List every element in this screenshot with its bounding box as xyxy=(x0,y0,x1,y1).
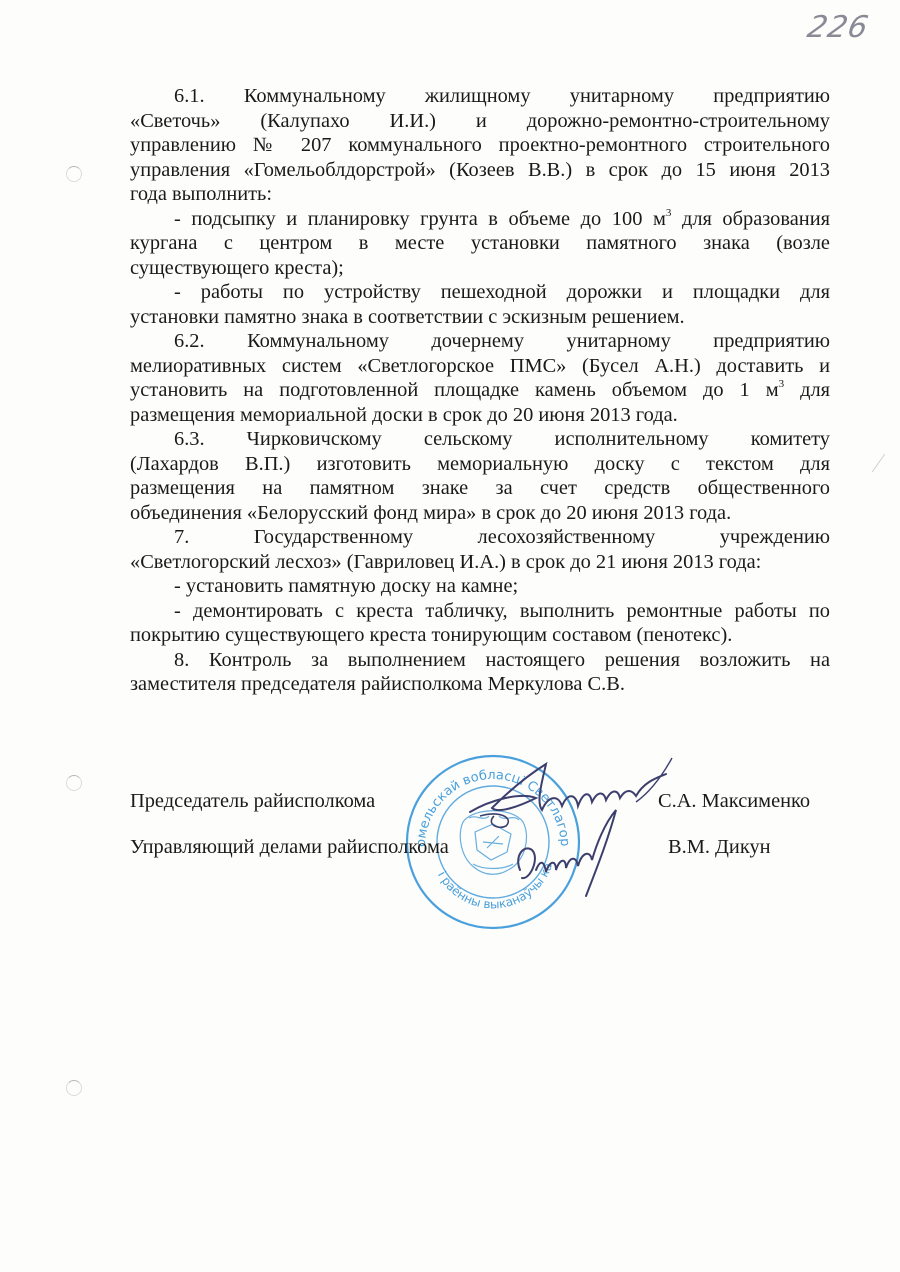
text-line: «Светлогорский лесхоз» (Гавриловец И.А.)… xyxy=(130,550,830,575)
paragraph-7-item-b: - демонтировать с креста табличку, выпол… xyxy=(130,599,830,648)
text-line: мелиоративных систем «Светлогорское ПМС»… xyxy=(130,354,830,379)
text-line: покрытию существующего креста тонирующим… xyxy=(130,623,830,648)
text-line: размещения на памятном знаке за счет сре… xyxy=(130,476,830,501)
text-line: управлению № 207 коммунального проектно-… xyxy=(130,133,830,158)
text-line: - демонтировать с креста табличку, выпол… xyxy=(130,599,830,624)
punch-hole-top xyxy=(66,166,82,182)
signature-row-manager: Управляющий делами райисполкома В.М. Дик… xyxy=(130,836,830,882)
text-line: 7. Государственному лесохозяйственному у… xyxy=(130,525,830,550)
paragraph-6-1-item-a: - подсыпку и планировку грунта в объеме … xyxy=(130,207,830,281)
text-line: 6.3. Чирковичскому сельскому исполнитель… xyxy=(130,427,830,452)
text-fragment: установить на подготовленной площадке ка… xyxy=(130,379,779,401)
text-line: кургана с центром в месте установки памя… xyxy=(130,231,830,256)
paragraph-8: 8. Контроль за выполнением настоящего ре… xyxy=(130,648,830,697)
text-line: года выполнить: xyxy=(130,182,830,207)
punch-hole-bottom xyxy=(66,775,82,791)
text-line: (Лахардов В.П.) изготовить мемориальную … xyxy=(130,452,830,477)
text-line: управления «Гомельоблдорстрой» (Козеев В… xyxy=(130,158,830,183)
text-line: 8. Контроль за выполнением настоящего ре… xyxy=(130,648,830,673)
text-line: установки памятно знака в соответствии с… xyxy=(130,305,830,330)
signature-row-chairman: Председатель райисполкома С.А. Максименк… xyxy=(130,790,830,836)
text-line: существующего креста); xyxy=(130,256,830,281)
paragraph-6-1-item-b: - работы по устройству пешеходной дорожк… xyxy=(130,280,830,329)
paragraph-6-3: 6.3. Чирковичскому сельскому исполнитель… xyxy=(130,427,830,525)
signatory-name: С.А. Максименко xyxy=(658,790,810,813)
signatory-name: В.М. Дикун xyxy=(668,836,771,859)
text-line: установить на подготовленной площадке ка… xyxy=(130,378,830,403)
paragraph-6-2: 6.2. Коммунальному дочернему унитарному … xyxy=(130,329,830,427)
signature-block: Председатель райисполкома С.А. Максименк… xyxy=(130,790,830,882)
text-line: объединения «Белорусский фонд мира» в ср… xyxy=(130,501,830,526)
text-line: - установить памятную доску на камне; xyxy=(130,574,830,599)
text-line: «Светочь» (Калупахо И.И.) и дорожно-ремо… xyxy=(130,109,830,134)
paragraph-7: 7. Государственному лесохозяйственному у… xyxy=(130,525,830,574)
paragraph-7-item-a: - установить памятную доску на камне; xyxy=(130,574,830,599)
margin-pencil-mark xyxy=(872,454,885,473)
signatory-title: Председатель райисполкома xyxy=(130,790,375,813)
text-line: 6.1. Коммунальному жилищному унитарному … xyxy=(130,84,830,109)
text-fragment: для образования xyxy=(671,208,830,230)
text-line: 6.2. Коммунальному дочернему унитарному … xyxy=(130,329,830,354)
text-line: - подсыпку и планировку грунта в объеме … xyxy=(130,207,830,232)
text-line: размещения мемориальной доски в срок до … xyxy=(130,403,830,428)
punch-hole-lower xyxy=(66,1080,82,1096)
text-line: - работы по устройству пешеходной дорожк… xyxy=(130,280,830,305)
signatory-title: Управляющий делами райисполкома xyxy=(130,836,449,859)
text-fragment: - подсыпку и планировку грунта в объеме … xyxy=(174,208,666,230)
paragraph-6-1: 6.1. Коммунальному жилищному унитарному … xyxy=(130,84,830,207)
page-number: 226 xyxy=(804,10,872,45)
document-body: 6.1. Коммунальному жилищному унитарному … xyxy=(130,84,830,697)
text-line: заместителя председателя райисполкома Ме… xyxy=(130,672,830,697)
text-fragment: для xyxy=(784,379,830,401)
